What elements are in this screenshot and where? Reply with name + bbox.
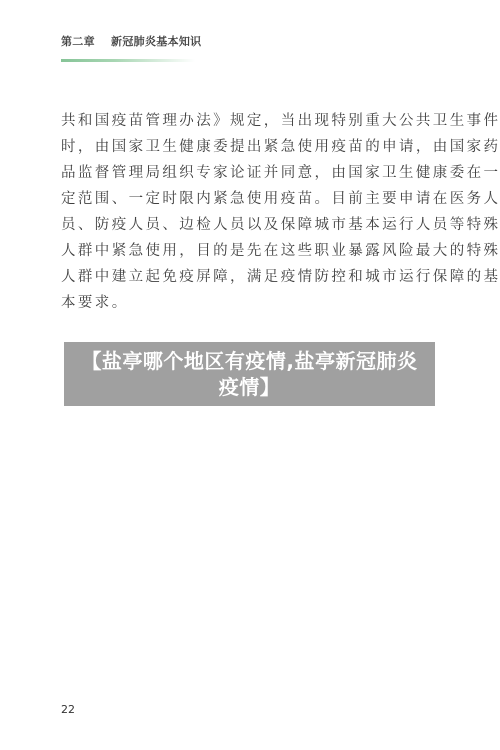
body-line: 品监督管理局组织专家论证并同意，由国家卫生健康委在一 — [61, 160, 441, 186]
page-number: 22 — [61, 703, 75, 716]
chapter-number: 第二章 — [61, 35, 95, 48]
body-line: 时，由国家卫生健康委提出紧急使用疫苗的申请，由国家药 — [61, 134, 441, 160]
body-line: 共和国疫苗管理办法》规定，当出现特别重大公共卫生事件 — [61, 108, 441, 134]
body-line: 定范围、一定时限内紧急使用疫苗。目前主要申请在医务人 — [61, 186, 441, 212]
body-line: 员、防疫人员、边检人员以及保障城市基本运行人员等特殊 — [61, 212, 441, 238]
body-line: 人群中建立起免疫屏障，满足疫情防控和城市运行保障的基 — [61, 264, 441, 290]
body-line: 本要求。 — [61, 290, 441, 316]
overlay-title-line: 疫情】 — [219, 374, 281, 400]
chapter-title: 新冠肺炎基本知识 — [111, 35, 201, 48]
document-page: 第二章 新冠肺炎基本知识 共和国疫苗管理办法》规定，当出现特别重大公共卫生事件 … — [0, 0, 500, 750]
body-line: 人群中紧急使用，目的是先在这些职业暴露风险最大的特殊 — [61, 238, 441, 264]
chapter-header: 第二章 新冠肺炎基本知识 — [61, 33, 201, 49]
header-divider — [61, 59, 195, 62]
body-paragraph: 共和国疫苗管理办法》规定，当出现特别重大公共卫生事件 时，由国家卫生健康委提出紧… — [61, 108, 441, 316]
title-overlay-banner: 【盐亭哪个地区有疫情,盐亭新冠肺炎 疫情】 — [64, 342, 435, 406]
overlay-title-line: 【盐亭哪个地区有疫情,盐亭新冠肺炎 — [81, 348, 417, 374]
